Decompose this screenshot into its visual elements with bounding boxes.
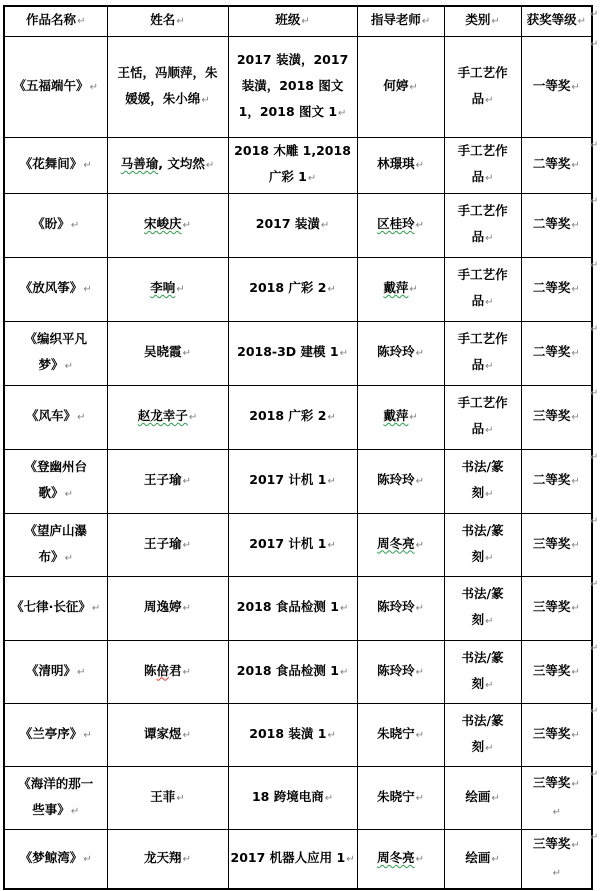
- table-cell[interactable]: 《梦鲸湾》↵: [4, 829, 107, 889]
- cell-text: 《登幽州台: [24, 459, 87, 474]
- table-cell[interactable]: 《望庐山瀑布》↵: [4, 513, 107, 576]
- pilcrow-mark-icon: ↵: [491, 793, 499, 804]
- table-cell[interactable]: 周冬亮↵: [357, 829, 444, 889]
- cell-text: 《望庐山瀑: [24, 523, 87, 538]
- cell-text: 书法/篆: [462, 459, 504, 474]
- header-line: 指导老师↵: [360, 10, 442, 32]
- cell-line: 18 跨境电商↵: [231, 784, 355, 812]
- table-cell[interactable]: 陈玲玲↵: [357, 321, 444, 385]
- awards-table: 作品名称↵姓名↵班级↵指导老师↵类别↵获奖等级↵ 《五福端午》↵王恬，冯顺萍，朱…: [3, 5, 593, 890]
- table-cell[interactable]: 三等奖↵: [521, 703, 592, 766]
- row-end-mark-icon: ↵: [590, 706, 598, 717]
- cell-text: 《盼》: [32, 216, 70, 231]
- cell-text: 朱晓宁: [377, 726, 415, 741]
- table-row: 《花舞间》↵马善瑜, 文均然↵2018 木雕 1,2018广彩 1↵林璟琪↵手工…: [4, 137, 592, 193]
- cell-text: 些事》: [32, 802, 70, 817]
- cell-line: 品↵: [447, 224, 519, 252]
- table-cell[interactable]: 手工艺作品↵: [444, 36, 521, 137]
- table-cell[interactable]: 2018-3D 建模 1↵: [228, 321, 357, 385]
- table-cell[interactable]: 2018 木雕 1,2018广彩 1↵: [228, 137, 357, 193]
- table-row: 《兰亭序》↵谭家煜↵2018 装潢 1↵朱晓宁↵书法/篆刻↵三等奖↵: [4, 703, 592, 766]
- cell-line: 谭家煜↵: [110, 721, 226, 749]
- table-cell[interactable]: 宋峻庆↵: [107, 193, 228, 257]
- table-cell[interactable]: 《盼》↵: [4, 193, 107, 257]
- pilcrow-mark-icon: ↵: [571, 348, 579, 359]
- table-cell[interactable]: 陈玲玲↵: [357, 576, 444, 640]
- cell-text: 陈: [144, 663, 157, 678]
- cell-line: ↵: [524, 859, 590, 887]
- cell-text: 三等奖: [533, 536, 571, 551]
- pilcrow-mark-icon: ↵: [327, 476, 335, 487]
- pilcrow-mark-icon: ↵: [553, 807, 561, 818]
- cell-line: 品↵: [447, 164, 519, 192]
- header-line: 获奖等级↵: [524, 10, 590, 32]
- cell-text: 《清明》: [26, 663, 76, 678]
- squiggle-text: 李响: [150, 280, 175, 295]
- table-cell[interactable]: 2018 装潢 1↵: [228, 703, 357, 766]
- table-cell[interactable]: 王恬，冯顺萍，朱媛媛，朱小绵↵: [107, 36, 228, 137]
- cell-line: 《盼》↵: [7, 211, 105, 239]
- table-cell[interactable]: 二等奖↵: [521, 257, 592, 321]
- cell-line: 1，2018 图文 1↵: [231, 99, 355, 127]
- cell-text: 品: [472, 421, 485, 436]
- pilcrow-mark-icon: ↵: [183, 348, 191, 359]
- cell-line: 一等奖↵: [524, 73, 590, 101]
- pilcrow-mark-icon: ↵: [485, 553, 493, 564]
- cell-text: 陈玲玲: [377, 663, 415, 678]
- table-cell[interactable]: 龙天翔↵: [107, 829, 228, 889]
- column-header[interactable]: 指导老师↵: [357, 6, 444, 36]
- cell-line: 梦》↵: [7, 352, 105, 380]
- cell-text: 王子瑜: [144, 536, 182, 551]
- cell-text: 手工艺作: [458, 65, 508, 80]
- table-cell[interactable]: 周冬亮↵: [357, 513, 444, 576]
- cell-line: 李响↵: [110, 275, 226, 303]
- table-cell[interactable]: 2018 广彩 2↵: [228, 385, 357, 449]
- cell-line: 刻↵: [447, 607, 519, 635]
- table-cell[interactable]: 2018 食品检测 1↵: [228, 640, 357, 703]
- cell-text: 书法/篆: [462, 586, 504, 601]
- cell-text: 《放风筝》: [20, 280, 83, 295]
- cell-text: 《梦鲸湾》: [20, 850, 83, 865]
- table-row: 《五福端午》↵王恬，冯顺萍，朱媛媛，朱小绵↵2017 装潢，2017装潢，201…: [4, 36, 592, 137]
- table-header: 作品名称↵姓名↵班级↵指导老师↵类别↵获奖等级↵: [4, 6, 592, 36]
- table-cell[interactable]: 《海洋的那一些事》↵: [4, 766, 107, 829]
- table-cell[interactable]: 戴萍↵: [357, 257, 444, 321]
- cell-line: 2017 机器人应用 1↵: [231, 845, 355, 873]
- table-cell[interactable]: 《编织平凡梦》↵: [4, 321, 107, 385]
- table-cell[interactable]: 手工艺作品↵: [444, 385, 521, 449]
- cell-text: 书法/篆: [462, 650, 504, 665]
- table-cell[interactable]: 手工艺作品↵: [444, 257, 521, 321]
- pilcrow-mark-icon: ↵: [83, 160, 91, 171]
- cell-line: 王恬，冯顺萍，朱: [110, 60, 226, 86]
- cell-line: 三等奖↵: [524, 531, 590, 559]
- table-cell[interactable]: 书法/篆刻↵: [444, 703, 521, 766]
- pilcrow-mark-icon: ↵: [416, 793, 424, 804]
- cell-line: 媛媛，朱小绵↵: [110, 86, 226, 114]
- table-cell[interactable]: 《登幽州台歌》↵: [4, 449, 107, 513]
- pilcrow-mark-icon: ↵: [571, 779, 579, 790]
- cell-text: 2018 食品检测 1: [237, 663, 339, 678]
- cell-line: 书法/篆: [447, 518, 519, 544]
- pilcrow-mark-icon: ↵: [409, 284, 417, 295]
- cell-line: 龙天翔↵: [110, 845, 226, 873]
- pilcrow-mark-icon: ↵: [571, 840, 579, 851]
- cell-line: 《海洋的那一: [7, 771, 105, 797]
- table-cell[interactable]: 二等奖↵: [521, 449, 592, 513]
- pilcrow-mark-icon: ↵: [183, 220, 191, 231]
- cell-line: 《登幽州台: [7, 454, 105, 480]
- cell-line: 手工艺作: [447, 326, 519, 352]
- cell-text: 三等奖: [533, 408, 571, 423]
- cell-text: 装潢，2018 图文: [242, 78, 344, 93]
- pilcrow-mark-icon: ↵: [416, 603, 424, 614]
- cell-text: 2018-3D 建模 1: [237, 344, 338, 359]
- row-end-mark-icon: ↵: [590, 39, 598, 50]
- pilcrow-mark-icon: ↵: [65, 553, 73, 564]
- table-cell[interactable]: 林璟琪↵: [357, 137, 444, 193]
- table-cell[interactable]: 二等奖↵: [521, 193, 592, 257]
- row-end-mark-icon: ↵: [590, 516, 598, 527]
- pilcrow-mark-icon: ↵: [201, 95, 209, 106]
- cell-text: 《五福端午》: [14, 78, 89, 93]
- table-cell[interactable]: 2018 广彩 2↵: [228, 257, 357, 321]
- cell-line: 陈玲玲↵: [360, 467, 442, 495]
- table-cell[interactable]: 三等奖↵: [521, 385, 592, 449]
- table-cell[interactable]: 书法/篆刻↵: [444, 449, 521, 513]
- table-cell[interactable]: 18 跨境电商↵: [228, 766, 357, 829]
- table-cell[interactable]: 一等奖↵: [521, 36, 592, 137]
- pilcrow-mark-icon: ↵: [485, 233, 493, 244]
- table-cell[interactable]: 王菲↵: [107, 766, 228, 829]
- cell-line: 宋峻庆↵: [110, 211, 226, 239]
- pilcrow-mark-icon: ↵: [485, 489, 493, 500]
- cell-line: 2017 装潢，2017: [231, 47, 355, 73]
- table-cell[interactable]: 区桂玲↵: [357, 193, 444, 257]
- cell-text: 手工艺作: [458, 143, 508, 158]
- row-end-mark-icon: ↵: [590, 260, 598, 271]
- table-cell[interactable]: 马善瑜, 文均然↵: [107, 137, 228, 193]
- table-cell[interactable]: 朱晓宁↵: [357, 703, 444, 766]
- cell-line: 刻↵: [447, 734, 519, 762]
- cell-line: 陈玲玲↵: [360, 594, 442, 622]
- table-cell[interactable]: 《兰亭序》↵: [4, 703, 107, 766]
- squiggle-text: 戴萍: [383, 280, 408, 295]
- table-cell[interactable]: 2018 食品检测 1↵: [228, 576, 357, 640]
- cell-line: 2018 食品检测 1↵: [231, 658, 355, 686]
- table-cell[interactable]: 书法/篆刻↵: [444, 576, 521, 640]
- table-cell[interactable]: 二等奖↵: [521, 321, 592, 385]
- squiggle-text: 周冬亮: [377, 850, 415, 865]
- cell-text: 二等奖: [533, 344, 571, 359]
- pilcrow-mark-icon: ↵: [485, 173, 493, 184]
- header-label: 姓名: [150, 12, 175, 27]
- cell-line: 陈玲玲↵: [360, 658, 442, 686]
- cell-text: 《编织平凡: [24, 331, 87, 346]
- table-cell[interactable]: 《风车》↵: [4, 385, 107, 449]
- cell-text: 布》: [39, 549, 64, 564]
- column-header[interactable]: 获奖等级↵: [521, 6, 592, 36]
- table-cell[interactable]: 戴萍↵: [357, 385, 444, 449]
- cell-line: 2018 广彩 2↵: [231, 403, 355, 431]
- pilcrow-mark-icon: ↵: [83, 284, 91, 295]
- pilcrow-mark-icon: ↵: [571, 160, 579, 171]
- cell-text: 林璟琪: [377, 156, 415, 171]
- cell-text: 二等奖: [533, 156, 571, 171]
- cell-text: 陈玲玲: [377, 599, 415, 614]
- cell-line: 三等奖↵: [524, 403, 590, 431]
- cell-line: 王子瑜↵: [110, 467, 226, 495]
- table-cell[interactable]: 书法/篆刻↵: [444, 513, 521, 576]
- cell-text: 二等奖: [533, 280, 571, 295]
- table-cell[interactable]: 《花舞间》↵: [4, 137, 107, 193]
- cell-line: 刻↵: [447, 671, 519, 699]
- cell-text: 陈玲玲: [377, 344, 415, 359]
- header-label: 班级: [275, 12, 300, 27]
- cell-line: 刻↵: [447, 544, 519, 572]
- table-cell[interactable]: 陈玲玲↵: [357, 449, 444, 513]
- table-cell[interactable]: 手工艺作品↵: [444, 193, 521, 257]
- pilcrow-mark-icon: ↵: [416, 667, 424, 678]
- cell-line: 二等奖↵: [524, 275, 590, 303]
- table-cell[interactable]: 赵龙幸子↵: [107, 385, 228, 449]
- cell-text: 手工艺作: [458, 331, 508, 346]
- table-cell[interactable]: 吴晓霞↵: [107, 321, 228, 385]
- pilcrow-mark-icon: ↵: [327, 284, 335, 295]
- header-row: 作品名称↵姓名↵班级↵指导老师↵类别↵获奖等级↵: [4, 6, 592, 36]
- pilcrow-mark-icon: ↵: [422, 16, 430, 27]
- cell-line: 《清明》↵: [7, 658, 105, 686]
- pilcrow-mark-icon: ↵: [308, 173, 316, 184]
- cell-line: 《花舞间》↵: [7, 151, 105, 179]
- document-page: 作品名称↵姓名↵班级↵指导老师↵类别↵获奖等级↵ 《五福端午》↵王恬，冯顺萍，朱…: [0, 0, 600, 891]
- pilcrow-mark-icon: ↵: [176, 16, 184, 27]
- table-cell[interactable]: 手工艺作品↵: [444, 137, 521, 193]
- table-cell[interactable]: 朱晓宁↵: [357, 766, 444, 829]
- cell-line: 戴萍↵: [360, 403, 442, 431]
- cell-line: 《七律·长征》↵: [7, 594, 105, 622]
- cell-line: 绘画↵: [447, 845, 519, 873]
- cell-text: 手工艺作: [458, 203, 508, 218]
- cell-text: 2018 食品检测 1: [237, 599, 339, 614]
- cell-text: 品: [472, 293, 485, 308]
- pilcrow-mark-icon: ↵: [92, 603, 100, 614]
- squiggle-text: 戴萍: [383, 408, 408, 423]
- table-cell[interactable]: 陈倍君↵: [107, 640, 228, 703]
- pilcrow-mark-icon: ↵: [90, 82, 98, 93]
- table-cell[interactable]: 周逸婷↵: [107, 576, 228, 640]
- column-header[interactable]: 作品名称↵: [4, 6, 107, 36]
- cell-line: 2018 木雕 1,2018: [231, 138, 355, 164]
- table-cell[interactable]: 《五福端午》↵: [4, 36, 107, 137]
- cell-text: 手工艺作: [458, 395, 508, 410]
- table-cell[interactable]: 王子瑜↵: [107, 449, 228, 513]
- pilcrow-mark-icon: ↵: [327, 540, 335, 551]
- table-cell[interactable]: 李响↵: [107, 257, 228, 321]
- header-line: 作品名称↵: [7, 10, 105, 32]
- table-cell[interactable]: 二等奖↵: [521, 137, 592, 193]
- cell-text: 三等奖: [533, 599, 571, 614]
- header-label: 指导老师: [371, 12, 421, 27]
- cell-line: 林璟琪↵: [360, 151, 442, 179]
- cell-text: 朱晓宁: [377, 789, 415, 804]
- table-cell[interactable]: 三等奖↵: [521, 576, 592, 640]
- cell-line: 品↵: [447, 86, 519, 114]
- pilcrow-mark-icon: ↵: [183, 603, 191, 614]
- table-cell[interactable]: 三等奖↵: [521, 513, 592, 576]
- row-end-mark-icon: ↵: [590, 769, 598, 780]
- cell-text: 2017 计机 1: [249, 536, 326, 551]
- cell-text: 18 跨境电商: [252, 789, 324, 804]
- cell-line: 品↵: [447, 416, 519, 444]
- cell-line: 三等奖↵: [524, 831, 590, 859]
- cell-line: 《望庐山瀑: [7, 518, 105, 544]
- pilcrow-mark-icon: ↵: [71, 220, 79, 231]
- pilcrow-mark-icon: ↵: [485, 680, 493, 691]
- cell-line: 书法/篆: [447, 708, 519, 734]
- column-header[interactable]: 类别↵: [444, 6, 521, 36]
- table-cell[interactable]: 三等奖↵↵: [521, 829, 592, 889]
- pilcrow-mark-icon: ↵: [83, 730, 91, 741]
- cell-text: 吴晓霞: [144, 344, 182, 359]
- table-cell[interactable]: 绘画↵: [444, 829, 521, 889]
- table-cell[interactable]: 《放风筝》↵: [4, 257, 107, 321]
- cell-line: 三等奖↵: [524, 770, 590, 798]
- cell-text: 何婷: [383, 78, 408, 93]
- table-cell[interactable]: 2017 计机 1↵: [228, 513, 357, 576]
- cell-text: 周逸婷: [144, 599, 182, 614]
- cell-line: 区桂玲↵: [360, 211, 442, 239]
- cell-text: 品: [472, 357, 485, 372]
- pilcrow-mark-icon: ↵: [409, 412, 417, 423]
- pilcrow-mark-icon: ↵: [416, 854, 424, 865]
- cell-line: 何婷↵: [360, 73, 442, 101]
- cell-text: 品: [472, 229, 485, 244]
- cell-text: 二等奖: [533, 216, 571, 231]
- header-line: 姓名↵: [110, 10, 226, 32]
- table-cell[interactable]: 书法/篆刻↵: [444, 640, 521, 703]
- cell-text: 《风车》: [26, 408, 76, 423]
- pilcrow-mark-icon: ↵: [327, 412, 335, 423]
- cell-line: 2018-3D 建模 1↵: [231, 339, 355, 367]
- table-row: 《放风筝》↵李响↵2018 广彩 2↵戴萍↵手工艺作品↵二等奖↵: [4, 257, 592, 321]
- table-row: 《望庐山瀑布》↵王子瑜↵2017 计机 1↵周冬亮↵书法/篆刻↵三等奖↵: [4, 513, 592, 576]
- cell-line: 刻↵: [447, 480, 519, 508]
- pilcrow-mark-icon: ↵: [409, 82, 417, 93]
- cell-line: 2018 食品检测 1↵: [231, 594, 355, 622]
- squiggle-text: 赵龙幸子: [138, 408, 188, 423]
- table-cell[interactable]: 《七律·长征》↵: [4, 576, 107, 640]
- table-cell[interactable]: 王子瑜↵: [107, 513, 228, 576]
- cell-line: 手工艺作: [447, 262, 519, 288]
- table-cell[interactable]: 2017 装潢，2017装潢，2018 图文1，2018 图文 1↵: [228, 36, 357, 137]
- pilcrow-mark-icon: ↵: [571, 730, 579, 741]
- cell-text: 绘画: [465, 850, 490, 865]
- cell-line: 书法/篆: [447, 454, 519, 480]
- cell-line: 《梦鲸湾》↵: [7, 845, 105, 873]
- pilcrow-mark-icon: ↵: [183, 667, 191, 678]
- table-cell[interactable]: 2017 装潢↵: [228, 193, 357, 257]
- cell-line: 《五福端午》↵: [7, 73, 105, 101]
- cell-text: 2018 木雕 1,2018: [234, 143, 351, 158]
- pilcrow-mark-icon: ↵: [416, 160, 424, 171]
- cell-text: 书法/篆: [462, 713, 504, 728]
- column-header[interactable]: 姓名↵: [107, 6, 228, 36]
- cell-text: 歌》: [39, 485, 64, 500]
- table-cell[interactable]: 三等奖↵: [521, 640, 592, 703]
- cell-text: 二等奖: [533, 472, 571, 487]
- pilcrow-mark-icon: ↵: [416, 540, 424, 551]
- cell-text: 媛媛，朱小绵: [125, 91, 200, 106]
- table-cell[interactable]: 陈玲玲↵: [357, 640, 444, 703]
- cell-line: 手工艺作: [447, 138, 519, 164]
- cell-line: 《兰亭序》↵: [7, 721, 105, 749]
- cell-line: 绘画↵: [447, 784, 519, 812]
- pilcrow-mark-icon: ↵: [571, 284, 579, 295]
- header-line: 类别↵: [447, 10, 519, 32]
- pilcrow-mark-icon: ↵: [571, 540, 579, 551]
- cell-text: 书法/篆: [462, 523, 504, 538]
- cell-text: 2017 装潢: [256, 216, 320, 231]
- cell-line: 三等奖↵: [524, 594, 590, 622]
- cell-line: 书法/篆: [447, 645, 519, 671]
- pilcrow-mark-icon: ↵: [338, 108, 346, 119]
- cell-text: 《花舞间》: [20, 156, 83, 171]
- table-cell[interactable]: 2017 计机 1↵: [228, 449, 357, 513]
- cell-text: 梦》: [39, 357, 64, 372]
- cell-text: 广彩 1: [269, 169, 307, 184]
- cell-text: 绘画: [465, 789, 490, 804]
- row-end-mark-icon: ↵: [590, 140, 598, 151]
- pilcrow-mark-icon: ↵: [327, 730, 335, 741]
- cell-line: 《风车》↵: [7, 403, 105, 431]
- cell-text: 君: [169, 663, 182, 678]
- table-cell[interactable]: 手工艺作品↵: [444, 321, 521, 385]
- cell-line: 品↵: [447, 352, 519, 380]
- row-end-mark-icon: ↵: [590, 579, 598, 590]
- table-row: 《七律·长征》↵周逸婷↵2018 食品检测 1↵陈玲玲↵书法/篆刻↵三等奖↵: [4, 576, 592, 640]
- table-cell[interactable]: 谭家煜↵: [107, 703, 228, 766]
- cell-line: 三等奖↵: [524, 658, 590, 686]
- cell-text: 刻: [472, 549, 485, 564]
- pilcrow-mark-icon: ↵: [325, 793, 333, 804]
- cell-line: 马善瑜, 文均然↵: [110, 151, 226, 179]
- cell-line: 《编织平凡: [7, 326, 105, 352]
- table-cell[interactable]: 绘画↵: [444, 766, 521, 829]
- pilcrow-mark-icon: ↵: [416, 730, 424, 741]
- pilcrow-mark-icon: ↵: [83, 854, 91, 865]
- pilcrow-mark-icon: ↵: [571, 220, 579, 231]
- table-cell[interactable]: 《清明》↵: [4, 640, 107, 703]
- pilcrow-mark-icon: ↵: [571, 667, 579, 678]
- cell-text: 龙天翔: [144, 850, 182, 865]
- cell-text: 《海洋的那一: [18, 776, 93, 791]
- cell-line: 三等奖↵: [524, 721, 590, 749]
- pilcrow-mark-icon: ↵: [321, 220, 329, 231]
- table-cell[interactable]: 何婷↵: [357, 36, 444, 137]
- cell-line: 些事》↵: [7, 797, 105, 825]
- cell-text: 手工艺作: [458, 267, 508, 282]
- squiggle-text: 马善瑜: [121, 156, 159, 171]
- pilcrow-mark-icon: ↵: [206, 160, 214, 171]
- pilcrow-mark-icon: ↵: [571, 82, 579, 93]
- pilcrow-mark-icon: ↵: [416, 348, 424, 359]
- column-header[interactable]: 班级↵: [228, 6, 357, 36]
- table-cell[interactable]: 2017 机器人应用 1↵: [228, 829, 357, 889]
- table-cell[interactable]: 三等奖↵↵: [521, 766, 592, 829]
- pilcrow-mark-icon: ↵: [183, 540, 191, 551]
